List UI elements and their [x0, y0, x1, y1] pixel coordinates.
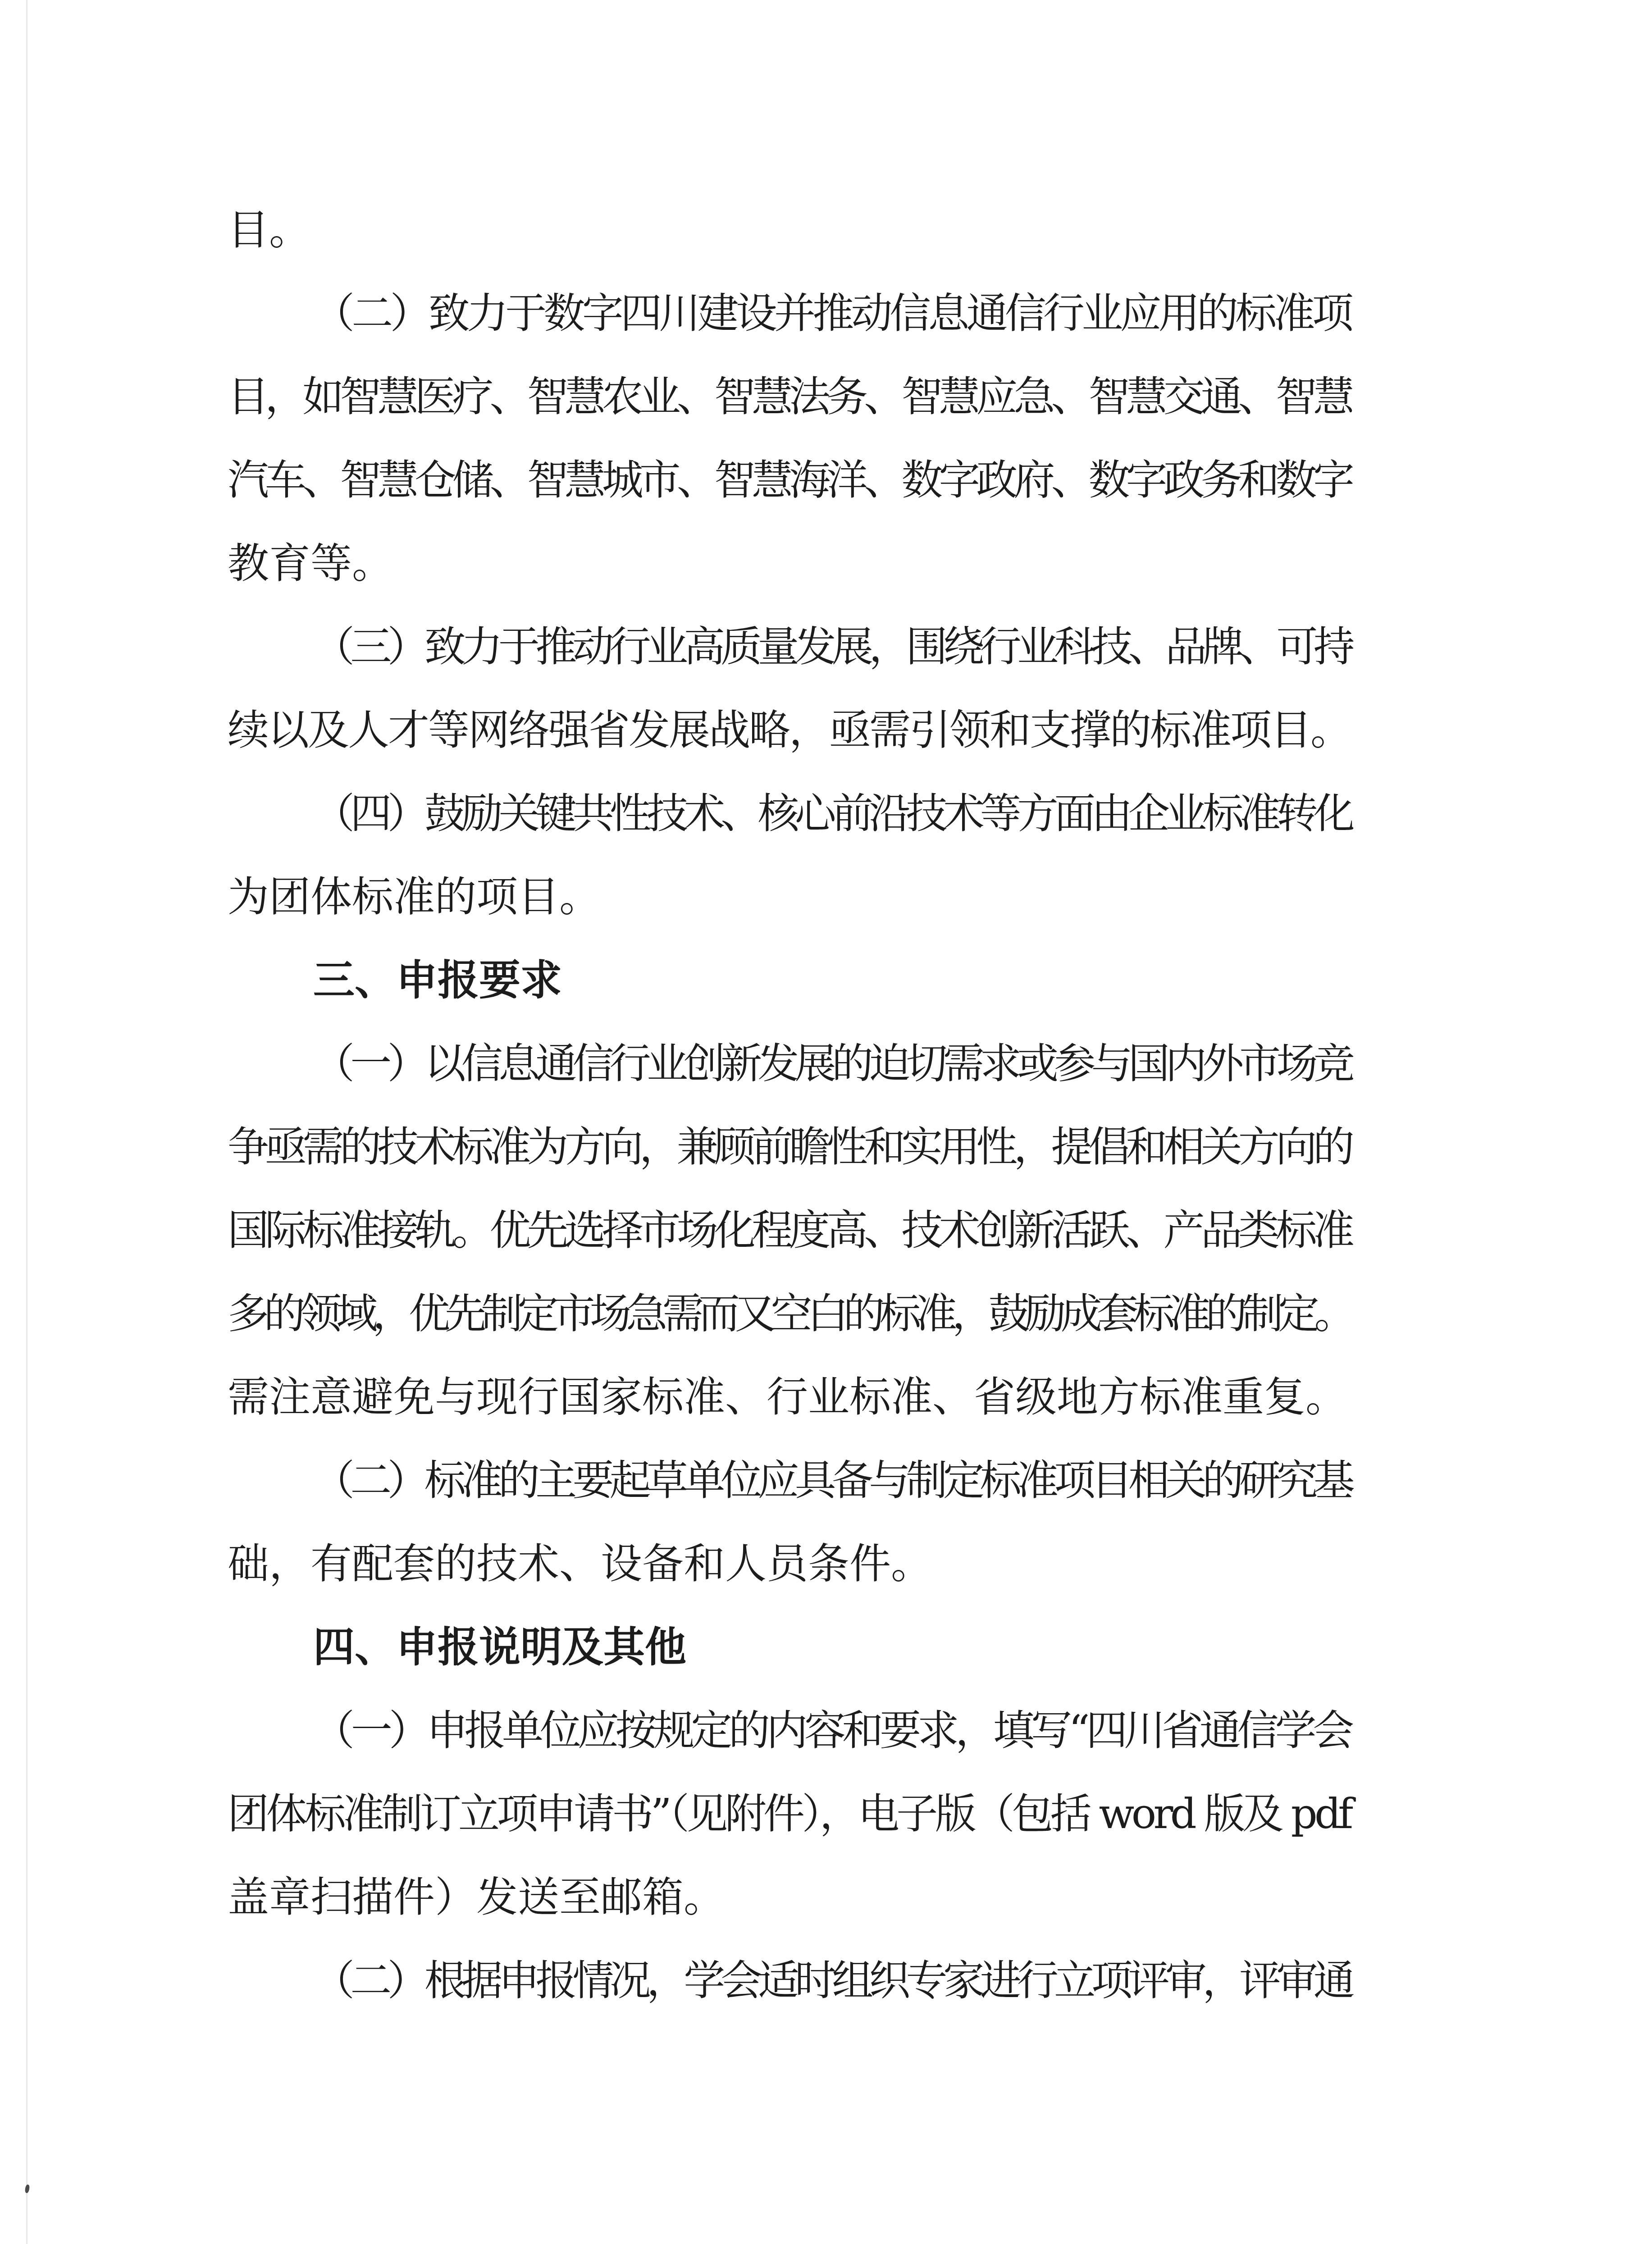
text-line: 汽车、智慧仓储、智慧城市、智慧海洋、数字政府、数字政务和数字 — [228, 438, 1351, 522]
scanned-document: { "colors": { "paper": "#ffffff", "ink":… — [0, 0, 1652, 2244]
ink-speck — [24, 2184, 30, 2193]
text-line: （二）根据申报情况，学会适时组织专家进行立项评审，评审通 — [228, 1939, 1351, 2022]
section-heading: 三、申报要求 — [228, 939, 1351, 1022]
text-line: 续以及人才等网络强省发展战略，亟需引领和支撑的标准项目。 — [228, 689, 1351, 772]
text-line: 国际标准接轨。优先选择市场化程度高、技术创新活跃、产品类标准 — [228, 1189, 1351, 1272]
text-line: 目。 — [228, 188, 1351, 272]
text-line: 需注意避免与现行国家标准、行业标准、省级地方标准重复。 — [228, 1355, 1351, 1439]
text-line: 教育等。 — [228, 522, 1351, 605]
text-line: 目，如智慧医疗、智慧农业、智慧法务、智慧应急、智慧交通、智慧 — [228, 355, 1351, 438]
text-line: 多的领域，优先制定市场急需而又空白的标准，鼓励成套标准的制定。 — [228, 1272, 1351, 1355]
text-line: （二）标准的主要起草单位应具备与制定标准项目相关的研究基 — [228, 1439, 1351, 1522]
section-heading: 四、申报说明及其他 — [228, 1605, 1351, 1689]
text-line: （二）致力于数字四川建设并推动信息通信行业应用的标准项 — [228, 272, 1351, 355]
text-line: 础，有配套的技术、设备和人员条件。 — [228, 1522, 1351, 1605]
text-line: （一）申报单位应按规定的内容和要求，填写“四川省通信学会 — [228, 1689, 1351, 1772]
scan-edge-line — [26, 0, 27, 2244]
text-line: （三）致力于推动行业高质量发展，围绕行业科技、品牌、可持 — [228, 605, 1351, 689]
document-page: 目。（二）致力于数字四川建设并推动信息通信行业应用的标准项目，如智慧医疗、智慧农… — [0, 0, 1652, 2244]
text-line: 争亟需的技术标准为方向，兼顾前瞻性和实用性，提倡和相关方向的 — [228, 1105, 1351, 1189]
text-line: 为团体标准的项目。 — [228, 855, 1351, 939]
text-line: （四）鼓励关键共性技术、核心前沿技术等方面由企业标准转化 — [228, 772, 1351, 855]
text-block: 目。（二）致力于数字四川建设并推动信息通信行业应用的标准项目，如智慧医疗、智慧农… — [228, 188, 1351, 2022]
text-line: （一）以信息通信行业创新发展的迫切需求或参与国内外市场竞 — [228, 1022, 1351, 1105]
text-line: 团体标准制订立项申请书”（见附件），电子版（包括 word 版及 pdf — [228, 1772, 1351, 1856]
text-line: 盖章扫描件）发送至邮箱。 — [228, 1856, 1351, 1939]
